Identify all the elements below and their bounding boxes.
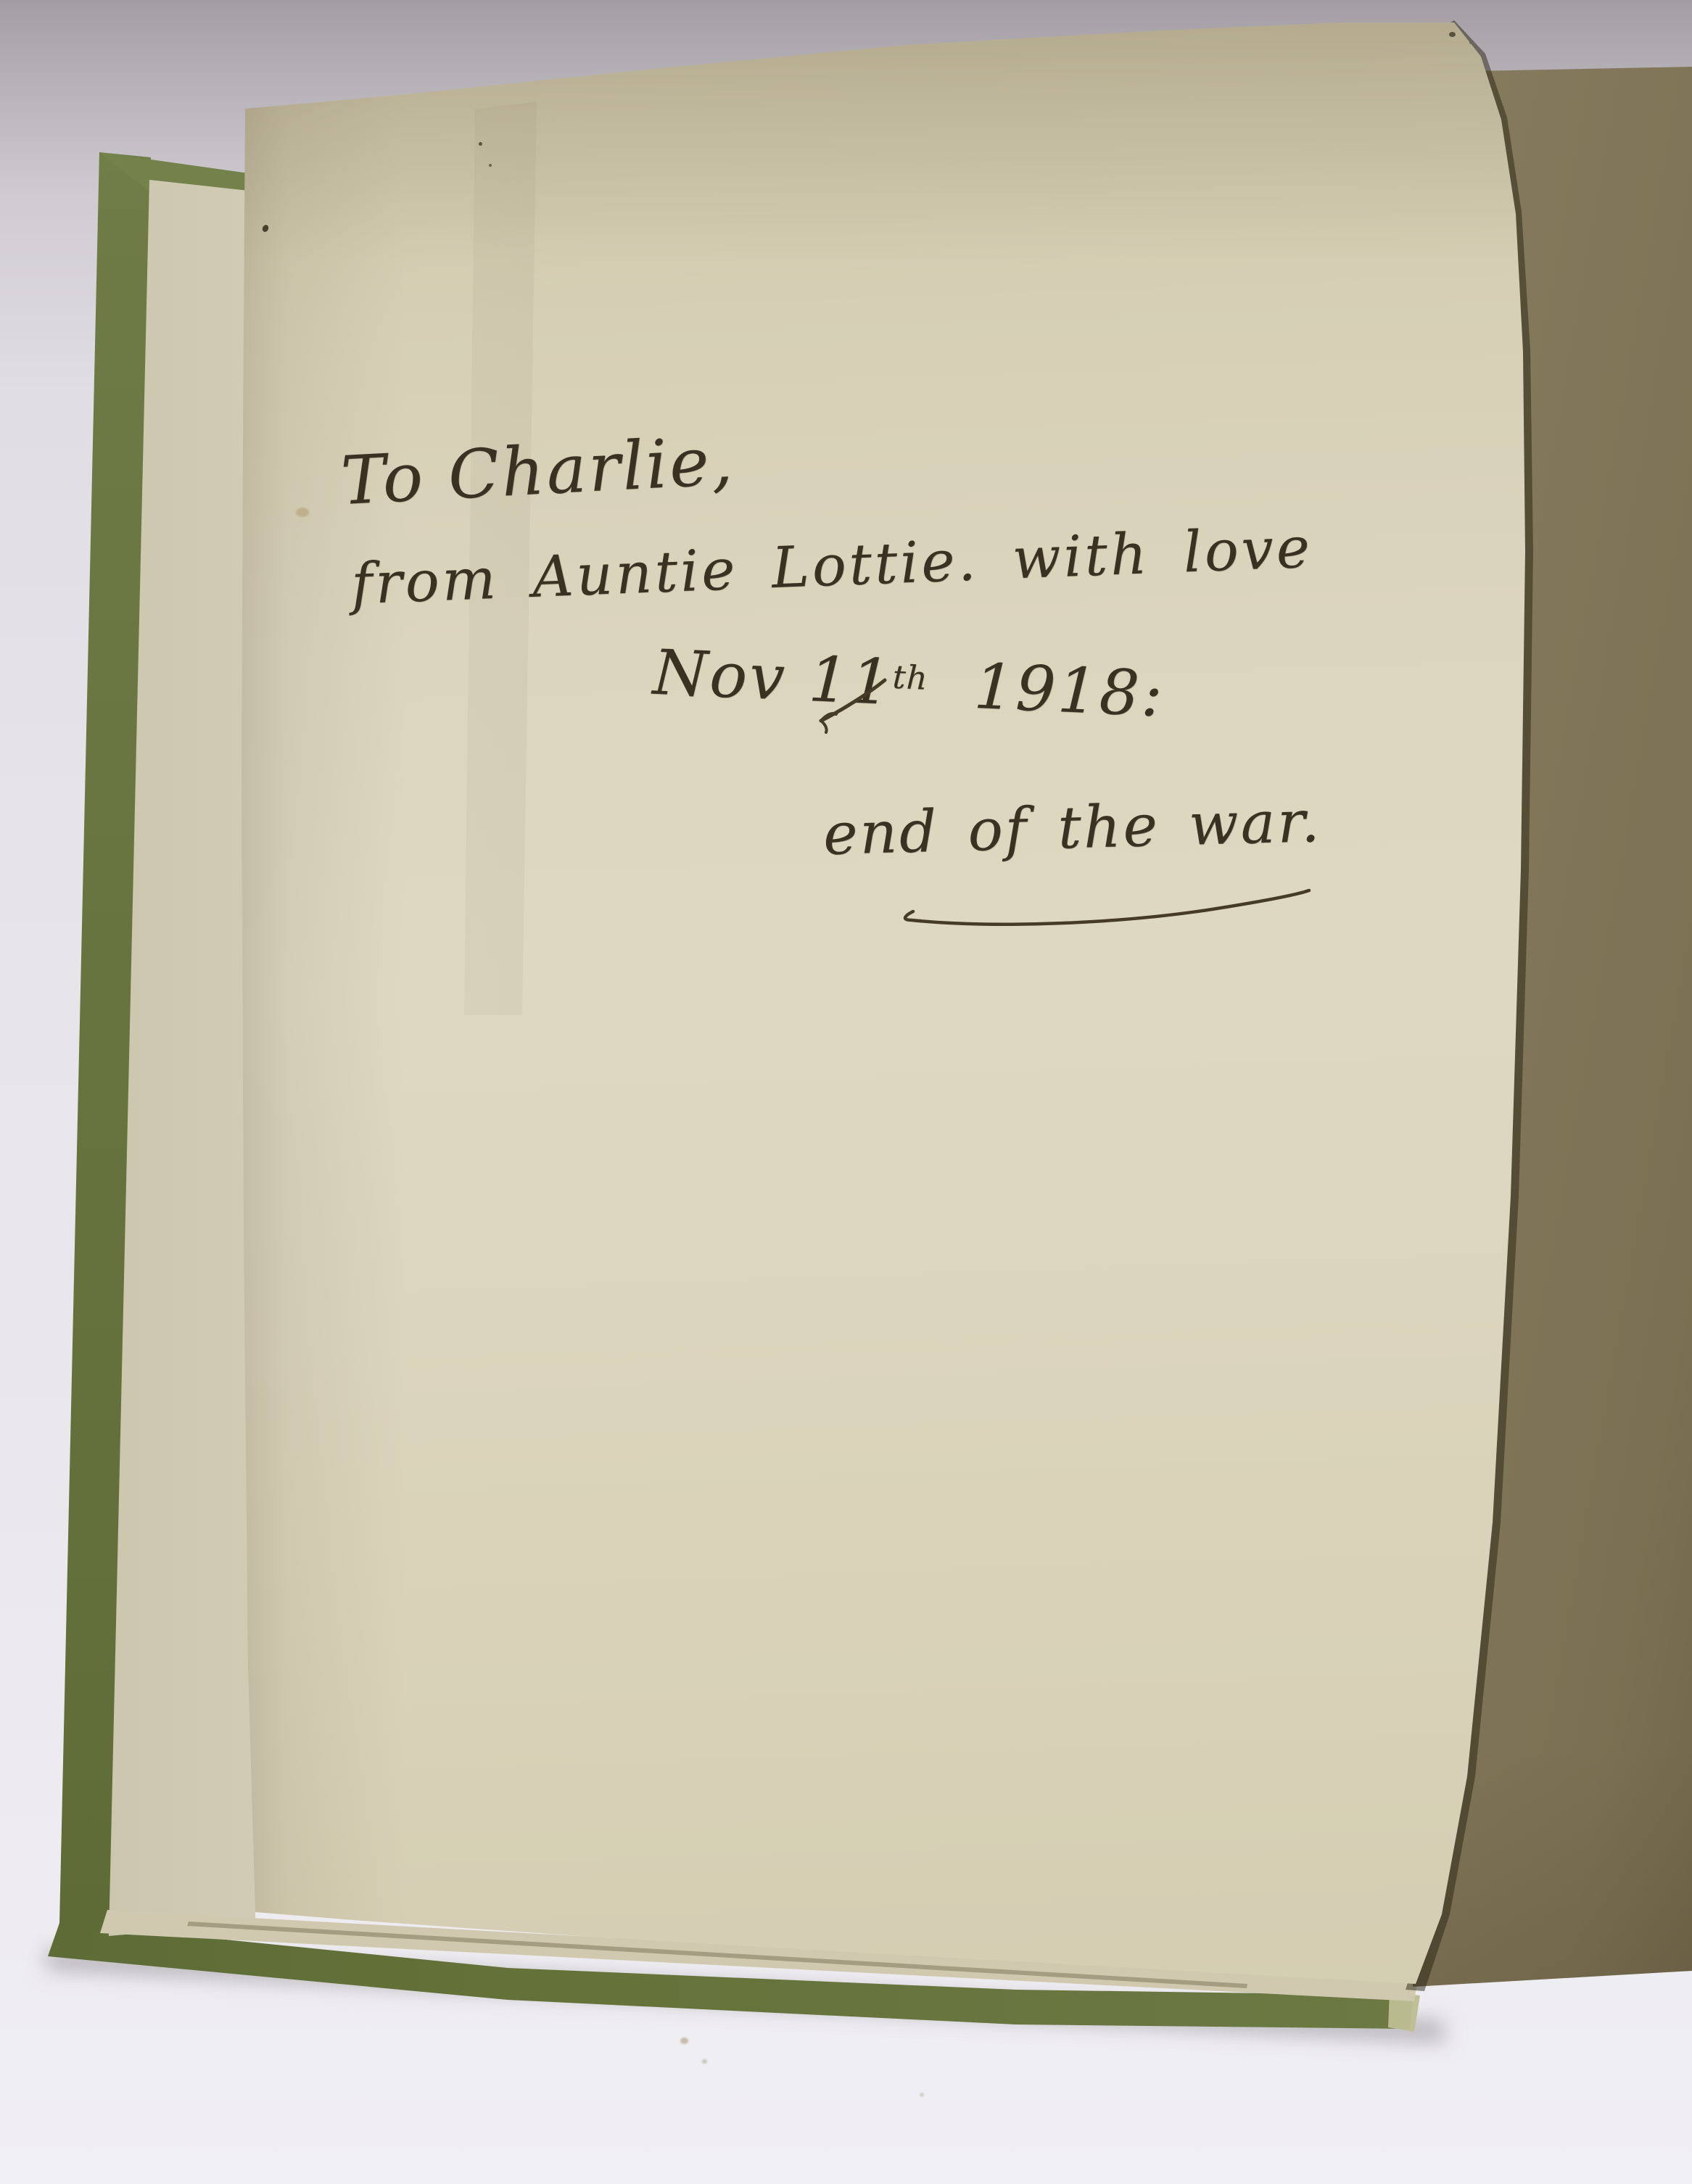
book-photo: To Charlie, from Auntie Lottie. with lov… (0, 0, 1692, 2184)
date-flourish (796, 673, 898, 738)
backdrop-speck (702, 2059, 707, 2064)
corner-blemish (1449, 32, 1456, 37)
foxing-speck (489, 164, 492, 167)
foxing-speck (479, 142, 482, 146)
backdrop-speck (920, 2093, 924, 2097)
page-right-shading (0, 0, 1692, 2184)
inscription-date-year: 1918: (973, 650, 1166, 731)
backdrop-speck (680, 2038, 688, 2044)
inscription-line-1: To Charlie, (339, 428, 736, 515)
inscription-line-4: end of the war. (822, 793, 1322, 864)
flyleaf-page: To Charlie, from Auntie Lottie. with lov… (0, 0, 1692, 2184)
underline-flourish (888, 874, 1324, 932)
foxing-spot (296, 508, 309, 517)
